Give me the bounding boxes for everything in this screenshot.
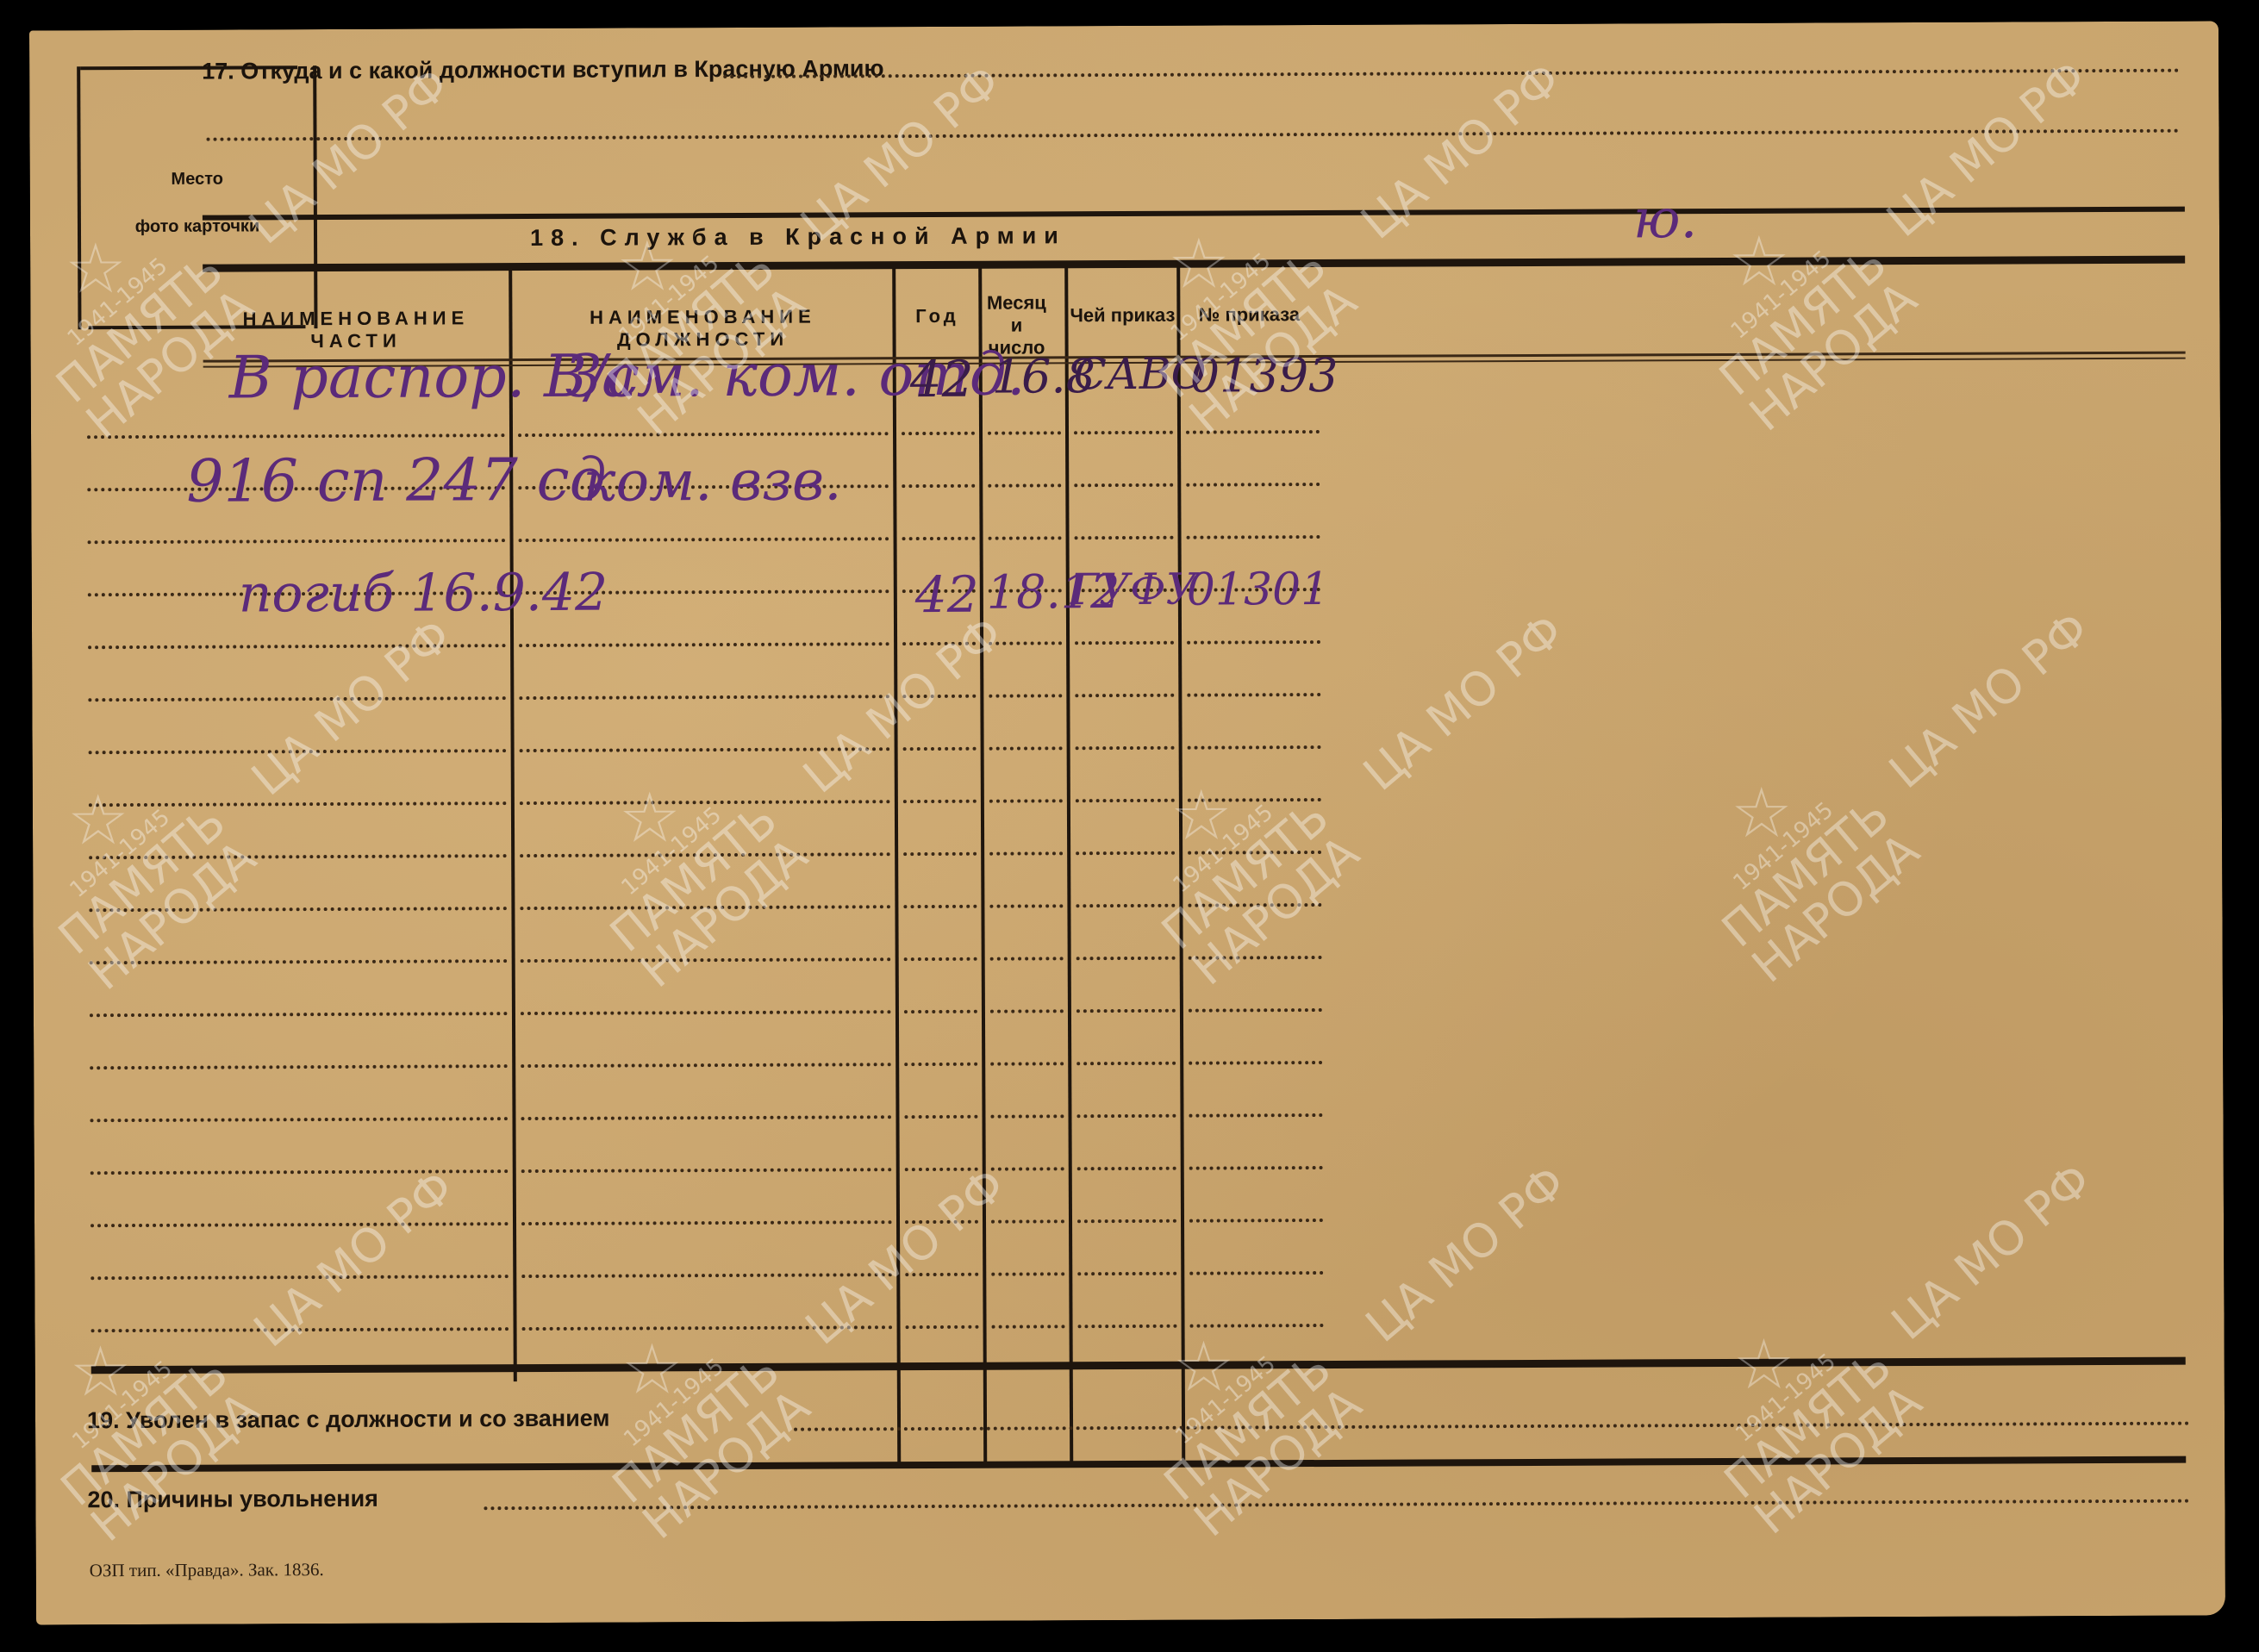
- row-dotline: [89, 801, 507, 807]
- entry-3-order-by: ГУФУ: [1070, 564, 1197, 615]
- row-dotline: [902, 432, 975, 435]
- row-dotline: [520, 800, 890, 805]
- row-dotline: [903, 852, 977, 856]
- row-dotline: [519, 695, 889, 700]
- row-dotline: [1076, 851, 1175, 856]
- row-dotline: [1189, 1061, 1322, 1065]
- row-dotline: [88, 539, 506, 544]
- watermark-archive: ЦА МО РФ: [1353, 55, 1569, 247]
- row-dotline: [988, 431, 1061, 434]
- row-dotline: [1077, 1219, 1176, 1224]
- row-dotline: [1075, 694, 1174, 698]
- watermark-archive: ЦА МО РФ: [793, 58, 1008, 250]
- row-dotline: [904, 957, 977, 961]
- row-dotline: [1189, 1113, 1322, 1118]
- row-dotline: [518, 432, 889, 437]
- row-dotline: [992, 1325, 1065, 1328]
- row-dotline: [991, 1167, 1064, 1170]
- watermark-archive: ЦА МО РФ: [1879, 53, 2094, 245]
- row-dotline: [988, 483, 1061, 487]
- entry-2-unit: 916 сп 247 сд: [186, 446, 607, 516]
- row-dotline: [519, 642, 889, 647]
- row-dotline: [521, 1010, 891, 1015]
- row-dotline: [521, 1063, 891, 1068]
- row-dotline: [991, 1272, 1064, 1275]
- row-dotline: [991, 1219, 1064, 1223]
- row-dotline: [519, 537, 889, 542]
- row-dotline: [1076, 1009, 1176, 1013]
- section-17-dotline-1: [723, 69, 2180, 78]
- row-dotline: [1189, 1166, 1323, 1170]
- watermark-archive: ЦА МО РФ: [244, 611, 459, 803]
- col-divider-4: [1064, 267, 1073, 1465]
- watermark-archive: ЦА МО РФ: [246, 1163, 462, 1355]
- row-dotline: [989, 904, 1063, 907]
- row-dotline: [902, 537, 976, 540]
- row-dotline: [521, 1115, 891, 1120]
- row-dotline: [1075, 641, 1174, 645]
- section-20-dotline: [484, 1499, 2190, 1511]
- row-dotline: [990, 957, 1064, 960]
- row-dotline: [904, 1063, 977, 1066]
- row-dotline: [1187, 535, 1320, 539]
- row-dotline: [90, 1169, 509, 1175]
- row-dotline: [1076, 1114, 1176, 1119]
- row-dotline: [1077, 1272, 1176, 1276]
- row-dotline: [1186, 483, 1320, 487]
- entry-2-position: ком. взв.: [583, 449, 842, 514]
- row-dotline: [87, 433, 505, 439]
- col-divider-3: [978, 268, 987, 1466]
- row-dotline: [90, 1222, 509, 1227]
- row-dotline: [1076, 746, 1175, 751]
- row-dotline: [903, 905, 977, 908]
- row-dotline: [1187, 640, 1320, 645]
- watermark-archive: ЦА МО РФ: [1358, 1158, 1574, 1350]
- row-dotline: [1076, 1062, 1176, 1066]
- row-dotline: [902, 484, 975, 488]
- section-18-handwritten-mark: ю.: [1633, 187, 1698, 250]
- row-dotline: [903, 747, 977, 751]
- row-dotline: [90, 1012, 508, 1017]
- document-card: Место фото карточки 17. Откуда и с какой…: [29, 21, 2225, 1624]
- row-dotline: [88, 696, 506, 701]
- row-dotline: [1189, 1008, 1322, 1013]
- watermark-layer: ЦА МО РФЦА МО РФЦА МО РФЦА МО РФЦА МО РФ…: [29, 21, 2218, 30]
- row-dotline: [989, 851, 1063, 855]
- watermark-archive: ЦА МО РФ: [1881, 604, 2097, 796]
- row-dotline: [1076, 957, 1176, 961]
- row-dotline: [1077, 1167, 1176, 1171]
- row-dotline: [990, 1114, 1064, 1118]
- watermark-archive: ЦА МО РФ: [1884, 1156, 2100, 1348]
- row-dotline: [990, 1062, 1064, 1065]
- col-header-year: Год: [895, 305, 978, 327]
- table-row-lines: [29, 21, 2218, 30]
- row-dotline: [521, 1220, 892, 1225]
- watermark-archive: ЦА МО РФ: [1356, 607, 1571, 799]
- row-dotline: [989, 746, 1063, 750]
- watermark-archive: ЦА МО РФ: [798, 1161, 1014, 1353]
- row-dotline: [904, 1010, 977, 1013]
- row-dotline: [989, 536, 1062, 539]
- printer-imprint: ОЗП тип. «Правда». Зак. 1836.: [90, 1559, 324, 1581]
- row-dotline: [90, 1064, 508, 1069]
- row-dotline: [521, 1168, 892, 1173]
- row-dotline: [990, 1009, 1064, 1013]
- row-dotline: [1187, 693, 1320, 697]
- row-dotline: [906, 1325, 979, 1329]
- row-dotline: [1074, 431, 1173, 435]
- row-dotline: [1075, 536, 1174, 540]
- row-dotline: [90, 1117, 508, 1122]
- row-dotline: [989, 694, 1062, 697]
- col-header-order-by: Чей приказ: [1068, 304, 1176, 327]
- col-divider-1: [509, 270, 517, 1381]
- row-dotline: [1078, 1325, 1177, 1329]
- row-dotline: [1188, 745, 1321, 750]
- row-dotline: [1074, 483, 1173, 488]
- section-18-label: 18. Служба в Красной Армии: [530, 222, 1066, 252]
- row-dotline: [1189, 1219, 1323, 1223]
- section-17-label: 17. Откуда и с какой должности вступил в…: [202, 55, 884, 84]
- row-dotline: [903, 800, 977, 803]
- section-19-dotline: [794, 1422, 2190, 1431]
- row-dotline: [989, 799, 1063, 802]
- entry-1-year: 42: [910, 350, 974, 408]
- section-17-dotline-2: [207, 129, 2181, 141]
- row-dotline: [1189, 1271, 1323, 1275]
- row-dotline: [904, 1115, 977, 1119]
- entry-3-order-no: 01301: [1187, 564, 1330, 616]
- row-dotline: [1076, 799, 1175, 803]
- watermark-archive: ЦА МО РФ: [796, 609, 1011, 801]
